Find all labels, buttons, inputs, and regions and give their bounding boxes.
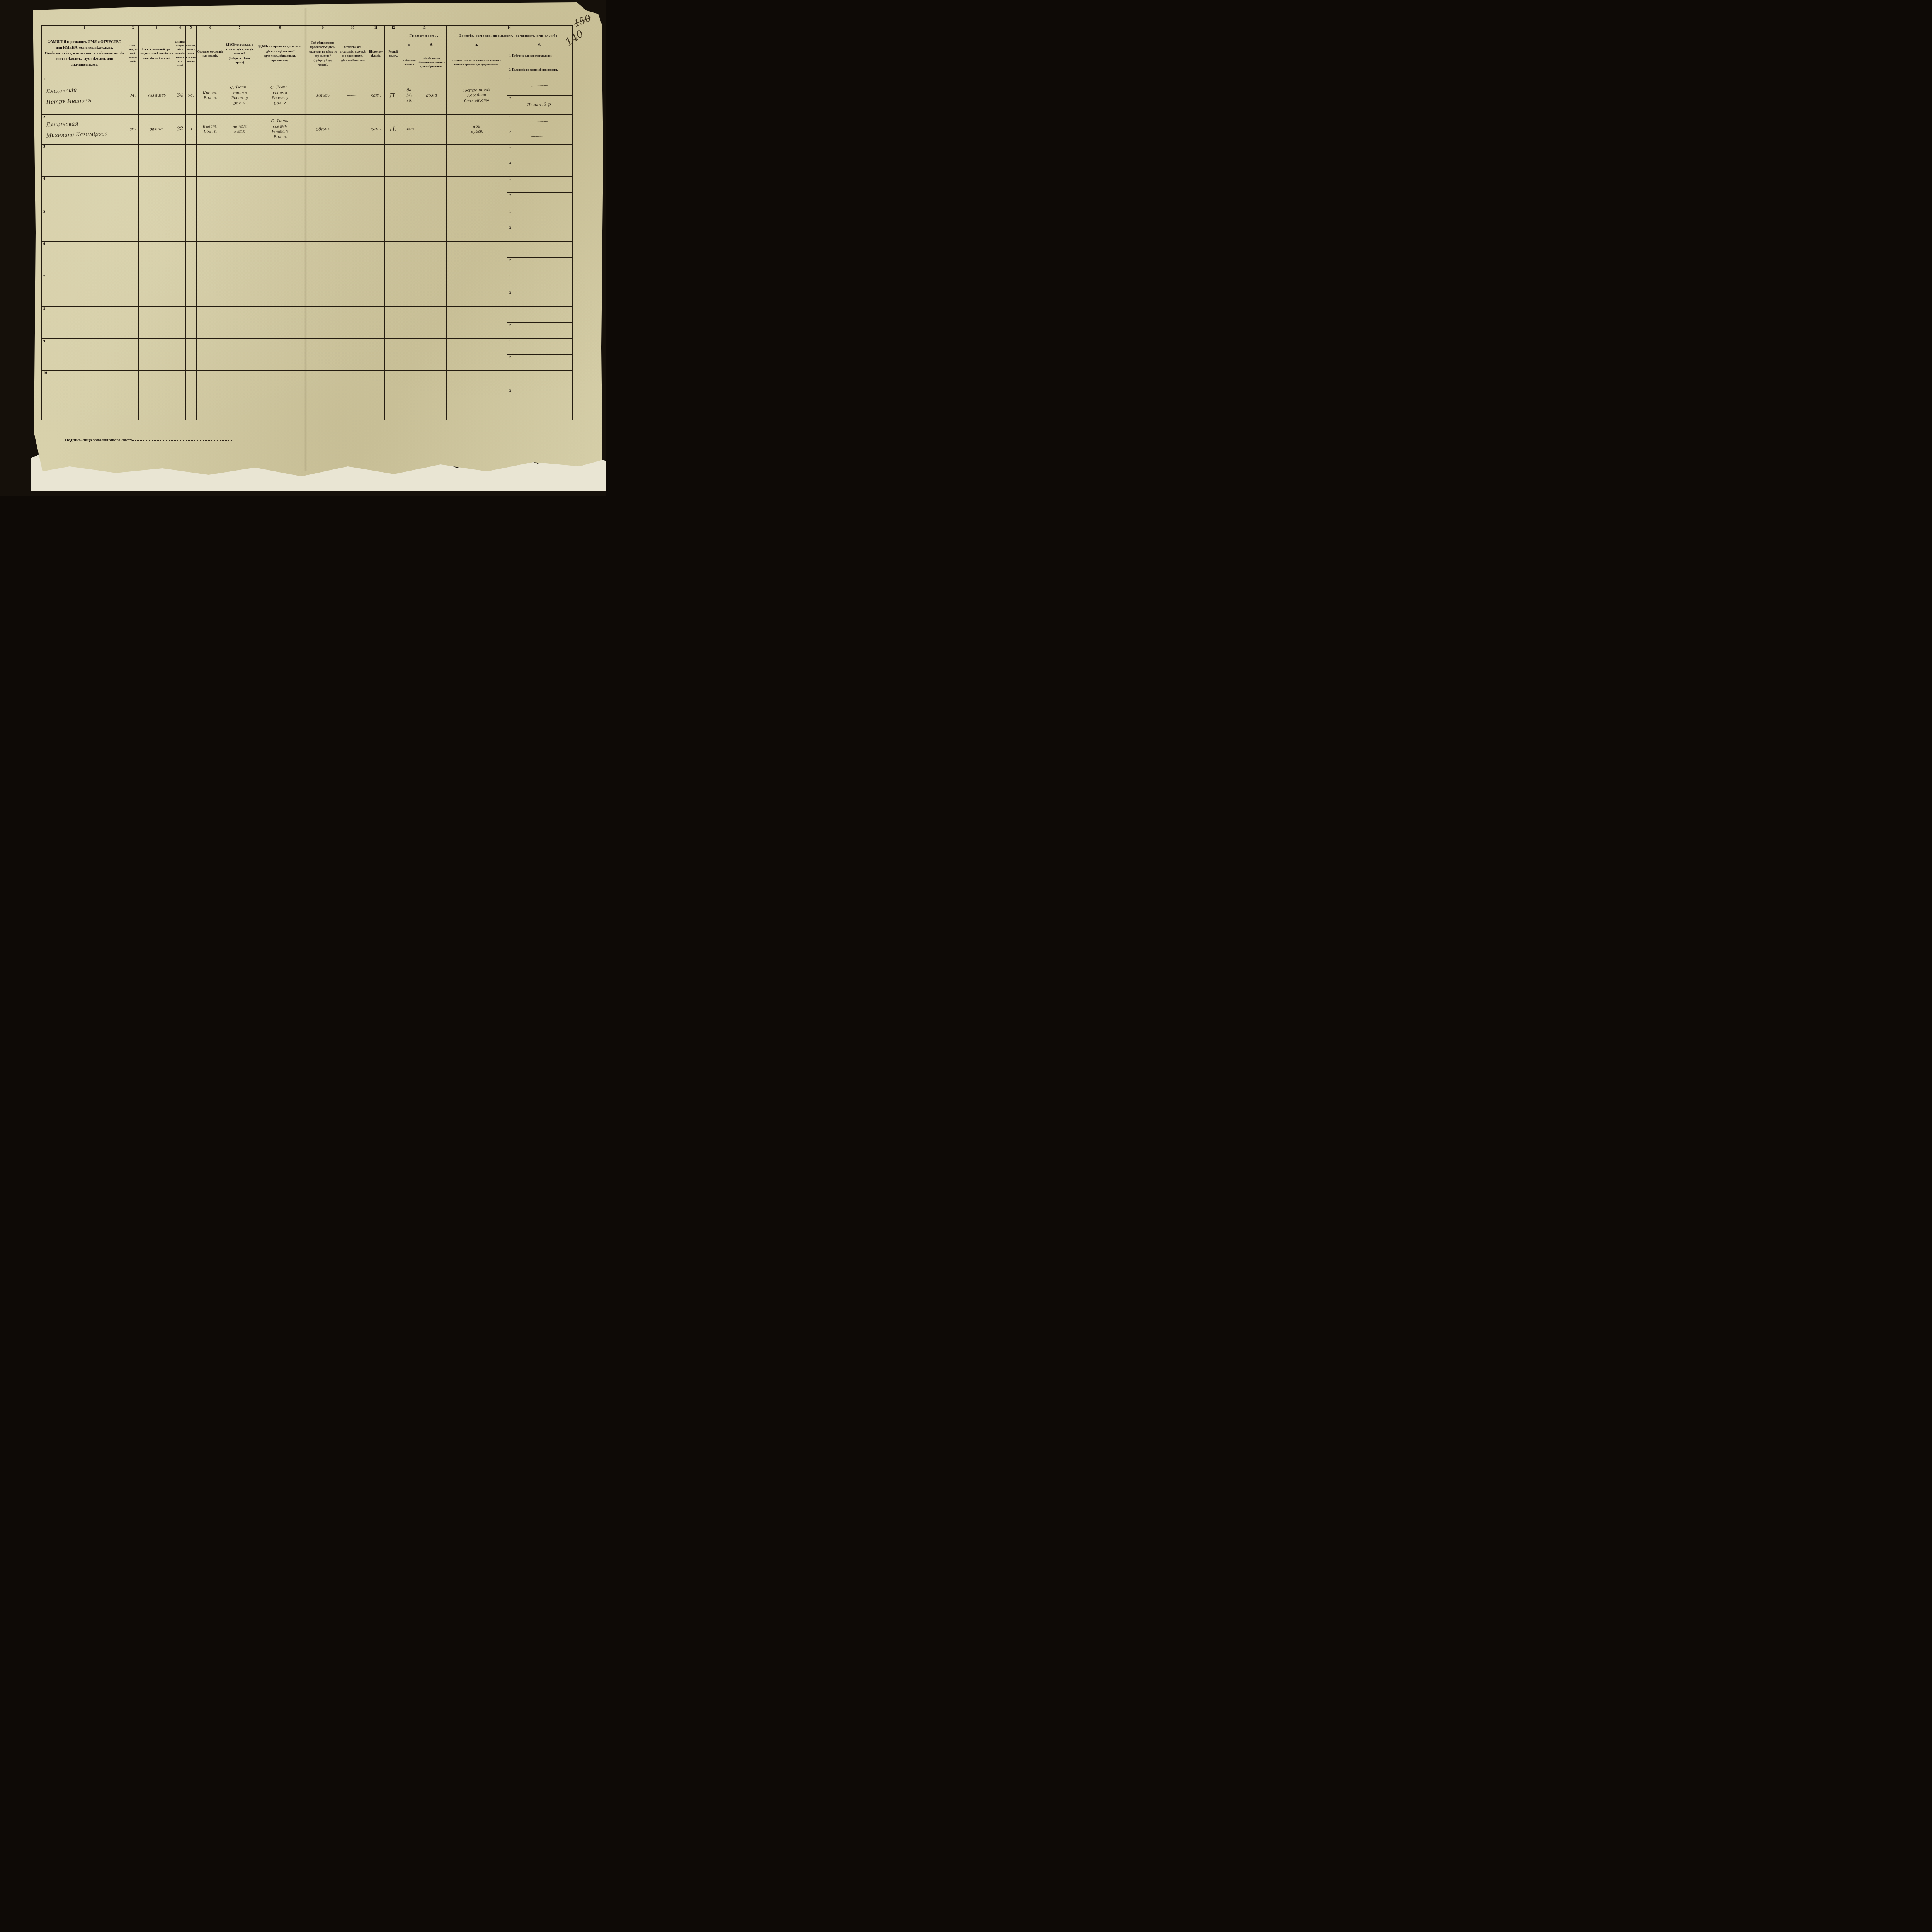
cell-col13a	[401, 175, 417, 209]
cell-col10	[338, 306, 368, 339]
cell-col3	[138, 143, 175, 176]
subrow-label: 1	[509, 307, 511, 311]
header-residence-column: Гдѣ обыкновенно проживаетъ: здѣсь-ли, а …	[308, 31, 338, 77]
cell-col12	[384, 175, 403, 209]
cell-col14b1	[507, 337, 572, 355]
header-literacy-school: гдѣ обучается, обучался или кончилъ курс…	[417, 49, 446, 77]
subrow-label: 1	[509, 209, 511, 213]
header-age-column: Сколько минуло лѣтъ или мѣ-сяцевъ отъ ро…	[175, 31, 185, 77]
cell-col6	[196, 208, 225, 241]
cell-col5	[185, 274, 197, 306]
cell-col7	[223, 370, 255, 406]
cell-col13a	[401, 143, 417, 176]
cell-col12	[384, 306, 403, 339]
cell-col3	[138, 369, 175, 406]
cell-col9	[307, 143, 339, 177]
subrow-label: 1	[509, 274, 511, 278]
subrow-label: 1	[509, 145, 511, 148]
cell-col14b2	[507, 387, 572, 407]
cell-col4	[174, 306, 186, 339]
cell-col11	[366, 370, 385, 406]
cell-col5: ж.	[185, 77, 197, 115]
cell-col8	[254, 369, 305, 406]
cell-col14a	[446, 305, 508, 339]
cell-col1: Лящинская Михелина Казимірова	[41, 113, 128, 145]
cell-col4: 32	[174, 114, 186, 144]
cell-col4	[174, 274, 186, 306]
cell-col1	[41, 337, 128, 372]
cell-col13a	[401, 306, 417, 338]
cell-col3	[138, 338, 175, 371]
subrow-label: 2	[509, 130, 511, 134]
cell-col14a	[446, 207, 508, 242]
cell-col11	[367, 306, 385, 339]
cell-col14a	[446, 272, 508, 307]
subrow-label: 1	[509, 339, 511, 343]
cell-col13a	[401, 273, 417, 306]
header-absence-column: Отмѣтка объ отсутствіи, отлучкѣ и о врем…	[338, 31, 367, 77]
cell-col10: ———	[338, 114, 368, 145]
cell-col13a: да М, гр.	[401, 76, 417, 114]
cell-col11	[367, 143, 385, 176]
header-literacy-b-label: б.	[417, 40, 446, 49]
cell-col14a: составитель Когадова безъ мѣста	[446, 75, 507, 115]
cell-col14b2	[507, 256, 572, 275]
cell-col3	[138, 273, 175, 306]
cell-col14b2	[507, 191, 572, 210]
header-occupation-b-label: б.	[507, 40, 572, 49]
signature-label: Подпись лица заполнявшаго листъ	[65, 438, 133, 442]
cell-col9	[307, 338, 339, 371]
header-registration-column: ЗДѢСЬ-ли приписанъ, а если не здѣсь, то …	[255, 31, 305, 77]
header-relation-column: Какъ записанный при-ходится главѣ хозяй-…	[138, 31, 175, 77]
cell-col9: здѣсь	[307, 76, 338, 115]
cell-col1	[41, 304, 128, 340]
cell-col9	[307, 306, 339, 339]
subrow-label: 2	[509, 258, 511, 262]
cell-col9	[307, 175, 339, 209]
cell-col14b2	[507, 224, 572, 242]
cell-col12	[384, 338, 403, 371]
cell-col9	[307, 370, 338, 406]
cell-col4	[174, 176, 186, 209]
cell-col6	[196, 273, 225, 306]
header-occupation-main: Главное, то есть то, которое доставляетъ…	[446, 49, 507, 77]
cell-col8: С. Тють ковичъ Ровен. у Вол. г.	[255, 114, 306, 145]
cell-col14b1	[507, 175, 572, 193]
cell-col3	[138, 175, 175, 209]
cell-col13b	[416, 175, 447, 209]
subrow-label: 2	[509, 226, 511, 230]
cell-col14a	[446, 175, 508, 209]
cell-col7: не пом нитъ	[224, 114, 256, 145]
column-number: 6	[196, 26, 224, 29]
cell-col11	[367, 338, 385, 371]
cell-col12	[384, 143, 403, 176]
grid-line-horizontal	[41, 406, 572, 406]
column-number: 9	[308, 26, 338, 29]
cell-col14a	[446, 337, 508, 371]
cell-col10	[338, 241, 368, 274]
cell-col8	[255, 175, 306, 209]
cell-col8: С. Тють- ковичъ Ровен. у Вол. г.	[254, 76, 305, 115]
cell-col14b2: ————	[507, 128, 572, 145]
cell-col12: П.	[384, 114, 403, 144]
cell-col14b1: ————	[507, 75, 572, 97]
cell-col5	[185, 144, 197, 176]
cell-col10	[338, 338, 368, 371]
cell-col11	[367, 241, 385, 274]
cell-col13b	[416, 208, 447, 242]
subrow-label: 2	[509, 193, 511, 197]
cell-col9: здѣсь	[307, 114, 339, 145]
cell-col5	[185, 176, 197, 209]
cell-col4	[174, 370, 186, 406]
cell-col3	[138, 208, 175, 241]
cell-col2	[127, 306, 139, 339]
cell-col13a	[401, 241, 417, 274]
header-literacy-read: Умѣетъ-ли читать?	[402, 49, 417, 77]
cell-col4	[174, 241, 186, 274]
cell-col14b2	[507, 159, 572, 177]
cell-col7: С. Тють- ковичъ Ровен. у Вол. г.	[223, 76, 255, 115]
cell-col3	[138, 240, 175, 274]
cell-col14b1	[507, 143, 572, 161]
cell-col4	[174, 338, 186, 371]
subrow-label: 2	[509, 355, 511, 359]
subrow-label: 2	[509, 96, 511, 100]
cell-col1	[41, 142, 128, 177]
subrow-label: 2	[509, 161, 511, 165]
cell-col9	[307, 273, 339, 307]
subrow-label: 1	[509, 242, 511, 246]
cell-col2	[127, 241, 139, 274]
cell-col6: Крест. Вол. г.	[196, 114, 225, 144]
cell-col1	[41, 240, 128, 275]
cell-col6	[196, 241, 225, 274]
cell-col10	[338, 175, 368, 209]
cell-col3	[138, 305, 175, 339]
column-number: 12	[384, 26, 402, 29]
cell-col5	[185, 209, 197, 241]
cell-col6	[196, 338, 225, 371]
cell-col9	[307, 208, 339, 242]
cell-col12: П.	[384, 76, 402, 115]
cell-col6: Крест. Вол. г.	[196, 76, 224, 115]
cell-col14b2	[507, 321, 572, 340]
cell-col10	[338, 208, 368, 242]
cell-col9	[307, 241, 339, 274]
cell-col6	[196, 143, 225, 176]
header-religion-column: Вѣроиспо-вѣданіе.	[367, 31, 384, 77]
cell-col7	[224, 273, 256, 307]
cell-col2	[127, 176, 139, 209]
cell-col10	[337, 370, 367, 406]
column-number: 1	[41, 26, 128, 29]
cell-col6	[196, 306, 225, 339]
cell-col11: кат.	[367, 114, 385, 144]
column-number: 4	[175, 26, 185, 29]
cell-col11	[367, 208, 385, 241]
cell-col14b1: ————	[507, 113, 572, 130]
cell-col13a	[401, 370, 417, 406]
cell-col13a: нѣт	[401, 114, 417, 144]
cell-col5	[185, 338, 197, 371]
header-birthplace-column: ЗДѢСЬ-ли родился, а если не здѣсь, то гд…	[224, 31, 255, 77]
cell-col8	[255, 338, 306, 371]
header-name-column: ФАМИЛІЯ (прозвище), ИМЯ и ОТЧЕСТВО или И…	[41, 31, 128, 77]
cell-col1	[41, 207, 128, 243]
cell-col2: ж.	[127, 114, 139, 144]
header-estate-column: Сословіе, со-стояніе или зва-ніе.	[196, 31, 224, 77]
cell-col8	[255, 273, 306, 307]
header-occupation-a-label: а.	[446, 40, 507, 49]
subrow-label: 2	[509, 323, 511, 327]
cell-col14a	[446, 369, 507, 406]
header-occupation-side: 1. Побочное или вспомогательное.	[507, 49, 572, 63]
cell-col7	[224, 143, 256, 177]
cell-col3: хозяинъ	[138, 76, 175, 115]
cell-col14b1	[507, 305, 572, 323]
subrow-label: 1	[509, 371, 511, 375]
cell-col1	[41, 369, 128, 407]
column-number: 7	[224, 26, 255, 29]
cell-col3: жена	[138, 114, 175, 144]
cell-col8	[255, 240, 306, 274]
cell-col14b2	[507, 289, 572, 307]
header-language-column: Родной языкъ.	[384, 31, 402, 77]
cell-col10	[338, 273, 368, 307]
cell-col8	[255, 305, 306, 339]
cell-col12	[384, 370, 402, 406]
cell-col7	[224, 208, 256, 242]
cell-col10	[338, 143, 368, 177]
cell-col11	[367, 175, 385, 209]
cell-col14b2: Льгот. 2 р.	[507, 94, 572, 116]
cell-col7	[224, 306, 256, 339]
cell-col14b1	[507, 272, 572, 291]
cell-col6	[196, 370, 224, 406]
cell-col5	[185, 306, 197, 339]
cell-col12	[384, 273, 403, 306]
column-number: 5	[185, 26, 196, 29]
subrow-label: 1	[509, 115, 511, 119]
header-sex-column: Полъ. М-муж-скій. ж-жен-скій.	[128, 31, 138, 77]
cell-col1	[41, 174, 128, 210]
paper-sheet: 12345678910111213141Лящинскій Петръ Иван…	[0, 0, 606, 496]
cell-col1	[41, 272, 128, 308]
cell-col13b	[416, 306, 447, 339]
cell-col13b: дома	[416, 76, 447, 115]
subrow-label: 1	[509, 77, 511, 81]
cell-col7	[224, 241, 256, 274]
census-sheet-scan: 12345678910111213141Лящинскій Петръ Иван…	[0, 0, 606, 496]
cell-col14a	[446, 143, 508, 177]
cell-col14a	[446, 240, 508, 274]
column-number: 10	[338, 26, 367, 29]
cell-col1: Лящинскій Петръ Ивановъ	[41, 75, 128, 116]
cell-col2: М.	[127, 77, 139, 115]
header-marital-column: Холостъ, женатъ, вдовъ или раз-веденъ.	[185, 31, 196, 77]
cell-col14b1	[507, 207, 572, 226]
cell-col12	[384, 241, 403, 274]
cell-col13b	[416, 143, 447, 177]
cell-col10: ———	[337, 76, 367, 115]
cell-col4	[174, 144, 186, 176]
cell-col2	[127, 370, 139, 406]
cell-col12	[384, 208, 403, 241]
crossed-out-page-number: 150	[572, 12, 592, 29]
cell-col13b	[416, 273, 447, 307]
cell-col14b2	[507, 353, 572, 371]
cell-col13a	[401, 208, 417, 241]
cell-col14b1	[507, 240, 572, 259]
signature-dotted-line	[133, 437, 232, 441]
cell-col7	[224, 338, 256, 371]
subrow-label: 1	[509, 177, 511, 180]
cell-col14a: при мужѣ	[446, 113, 508, 145]
header-occupation-military: 2. Положеніе по воинской повинности.	[507, 63, 572, 77]
cell-col6	[196, 175, 225, 209]
cell-col5	[185, 241, 197, 274]
cell-col5: з	[185, 114, 197, 144]
cell-col11: кат.	[366, 76, 385, 115]
cell-col13b: ———	[416, 114, 447, 145]
cell-col2	[127, 274, 139, 306]
column-number: 11	[367, 26, 384, 29]
cell-col13b	[416, 338, 447, 371]
column-number: 3	[138, 26, 175, 29]
column-number: 14	[446, 26, 572, 29]
cell-col13a	[401, 338, 417, 370]
header-literacy-a-label: а.	[402, 40, 417, 49]
column-number: 8	[255, 26, 305, 29]
cell-col13b	[416, 241, 447, 274]
column-number: 2	[128, 26, 138, 29]
subrow-label: 2	[509, 389, 511, 393]
column-number: 13	[402, 26, 446, 29]
header-literacy-group: Грамотность.	[402, 31, 446, 40]
signature-line: Подпись лица заполнявшаго листъ	[65, 437, 232, 442]
cell-col14b1	[507, 369, 572, 389]
cell-col4: 34	[174, 77, 186, 115]
cell-col13b	[416, 370, 447, 406]
cell-col5	[185, 370, 197, 406]
cell-col11	[367, 273, 385, 306]
cell-col8	[255, 143, 306, 177]
header-occupation-group: Занятіе, ремесло, промыселъ, должность и…	[446, 31, 572, 40]
cell-col2	[127, 209, 139, 241]
cell-col7	[224, 175, 256, 209]
cell-col4	[174, 209, 186, 241]
cell-col2	[127, 338, 139, 371]
cell-col8	[255, 208, 306, 242]
subrow-label: 2	[509, 291, 511, 294]
cell-col2	[127, 144, 139, 176]
